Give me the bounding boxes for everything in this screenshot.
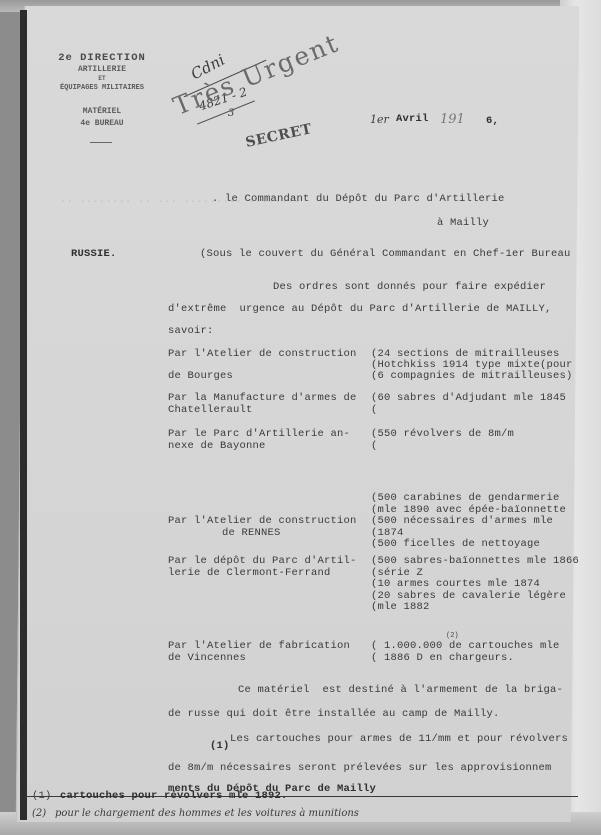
shipment-source-line: de Bourges [168, 370, 233, 382]
footnote-2-ref: (2) [32, 808, 46, 819]
date-day: 1er [370, 113, 389, 126]
shipment-item-line: (500 ficelles de nettoyage [371, 538, 540, 550]
letterhead-bureau: 4e BUREAU [52, 118, 152, 130]
shipment-item-line: (6 compagnies de mitrailleuses) [371, 370, 573, 382]
footnote-1-ref: (1) [32, 790, 52, 802]
shipment-source-line: Par l'Atelier de construction [168, 515, 357, 527]
shipment-item-line: (60 sabres d'Adjudant mle 1845 [371, 392, 566, 404]
letterhead-equipages: ÉQUIPAGES MILITAIRES [52, 82, 152, 94]
subject-label: RUSSIE. [71, 248, 117, 260]
letterhead-underline [90, 142, 112, 143]
shipment-item-line: ( 1886 D en chargeurs. [371, 652, 514, 664]
shipment-source-line: de RENNES [222, 527, 281, 539]
shipment-item-line: (mle 1882 [371, 601, 430, 613]
recipient-line-2: à Mailly [437, 217, 489, 229]
shipment-source-line: Chatellerault [168, 404, 253, 416]
shipment-item-line: ( [371, 404, 378, 416]
binder-edge [20, 10, 27, 820]
shipment-source-line: Par la Manufacture d'armes de [168, 392, 357, 404]
letterhead-materiel: MATÉRIEL [52, 106, 152, 118]
shipment-item-line: (500 nécessaires d'armes mle [371, 515, 553, 527]
intro-line-2: d'extrême urgence au Dépôt du Parc d'Art… [168, 303, 552, 315]
date-year-handwritten: 191 [440, 112, 465, 127]
shipment-item-line: (10 armes courtes mle 1874 [371, 578, 540, 590]
date-month: Avril [396, 113, 429, 125]
recipient-line-1: . le Commandant du Dépôt du Parc d'Artil… [212, 193, 505, 205]
body-para2-line1: Les cartouches pour armes de 11/mm et po… [230, 733, 568, 745]
shipment-item-line: ( 1.000.000 de cartouches mle [371, 640, 560, 652]
date-year-typed: 6, [486, 115, 499, 127]
shipment-source-line: nexe de Bayonne [168, 440, 266, 452]
shipment-item-line: (500 sabres-baïonnettes mle 1866 [371, 555, 579, 567]
shipment-item-line: (1874 [371, 527, 404, 539]
shipment-source-line: de Vincennes [168, 652, 246, 664]
intro-line-1: Des ordres sont donnés pour faire expédi… [273, 281, 546, 293]
letterhead: 2e DIRECTION ARTILLERIE ET ÉQUIPAGES MIL… [52, 52, 152, 130]
shipment-source-line: Par le dépôt du Parc d'Artil- [168, 555, 357, 567]
intro-line-3: savoir: [168, 325, 214, 337]
subject-cover: (Sous le couvert du Général Commandant e… [200, 248, 571, 260]
shipment-item-line: (mle 1890 avec épée-baïonnette [371, 504, 566, 516]
body-para1-line1: Ce matériel est destiné à l'armement de … [238, 684, 563, 696]
shipment-item-line: ( [371, 440, 378, 452]
footnote-1-text: cartouches pour révolvers mle 1892. [60, 790, 288, 802]
shipment-source-line: Par l'Atelier de construction [168, 348, 357, 360]
body-para2-line2: de 8m/m nécessaires seront prélevées sur… [168, 762, 552, 774]
shipment-item-line: (20 sabres de cavalerie légère [371, 590, 566, 602]
body-para2-ref: (1) [210, 740, 230, 752]
letterhead-direction: 2e DIRECTION [52, 52, 152, 64]
shipment-item-line: (série Z [371, 567, 423, 579]
shipment-source-line: Par le Parc d'Artillerie an- [168, 428, 350, 440]
footnote-2-text: pour le chargement des hommes et les voi… [55, 808, 359, 819]
footnote-marker: (2) [446, 632, 459, 640]
shipment-source-line: Par l'Atelier de fabrication [168, 640, 350, 652]
shipment-item-line: (500 carabines de gendarmerie [371, 492, 560, 504]
shipment-source-line: lerie de Clermont-Ferrand [168, 567, 331, 579]
body-para1-line2: de russe qui doit être installée au camp… [168, 708, 500, 720]
shipment-item-line: (550 révolvers de 8m/m [371, 428, 514, 440]
